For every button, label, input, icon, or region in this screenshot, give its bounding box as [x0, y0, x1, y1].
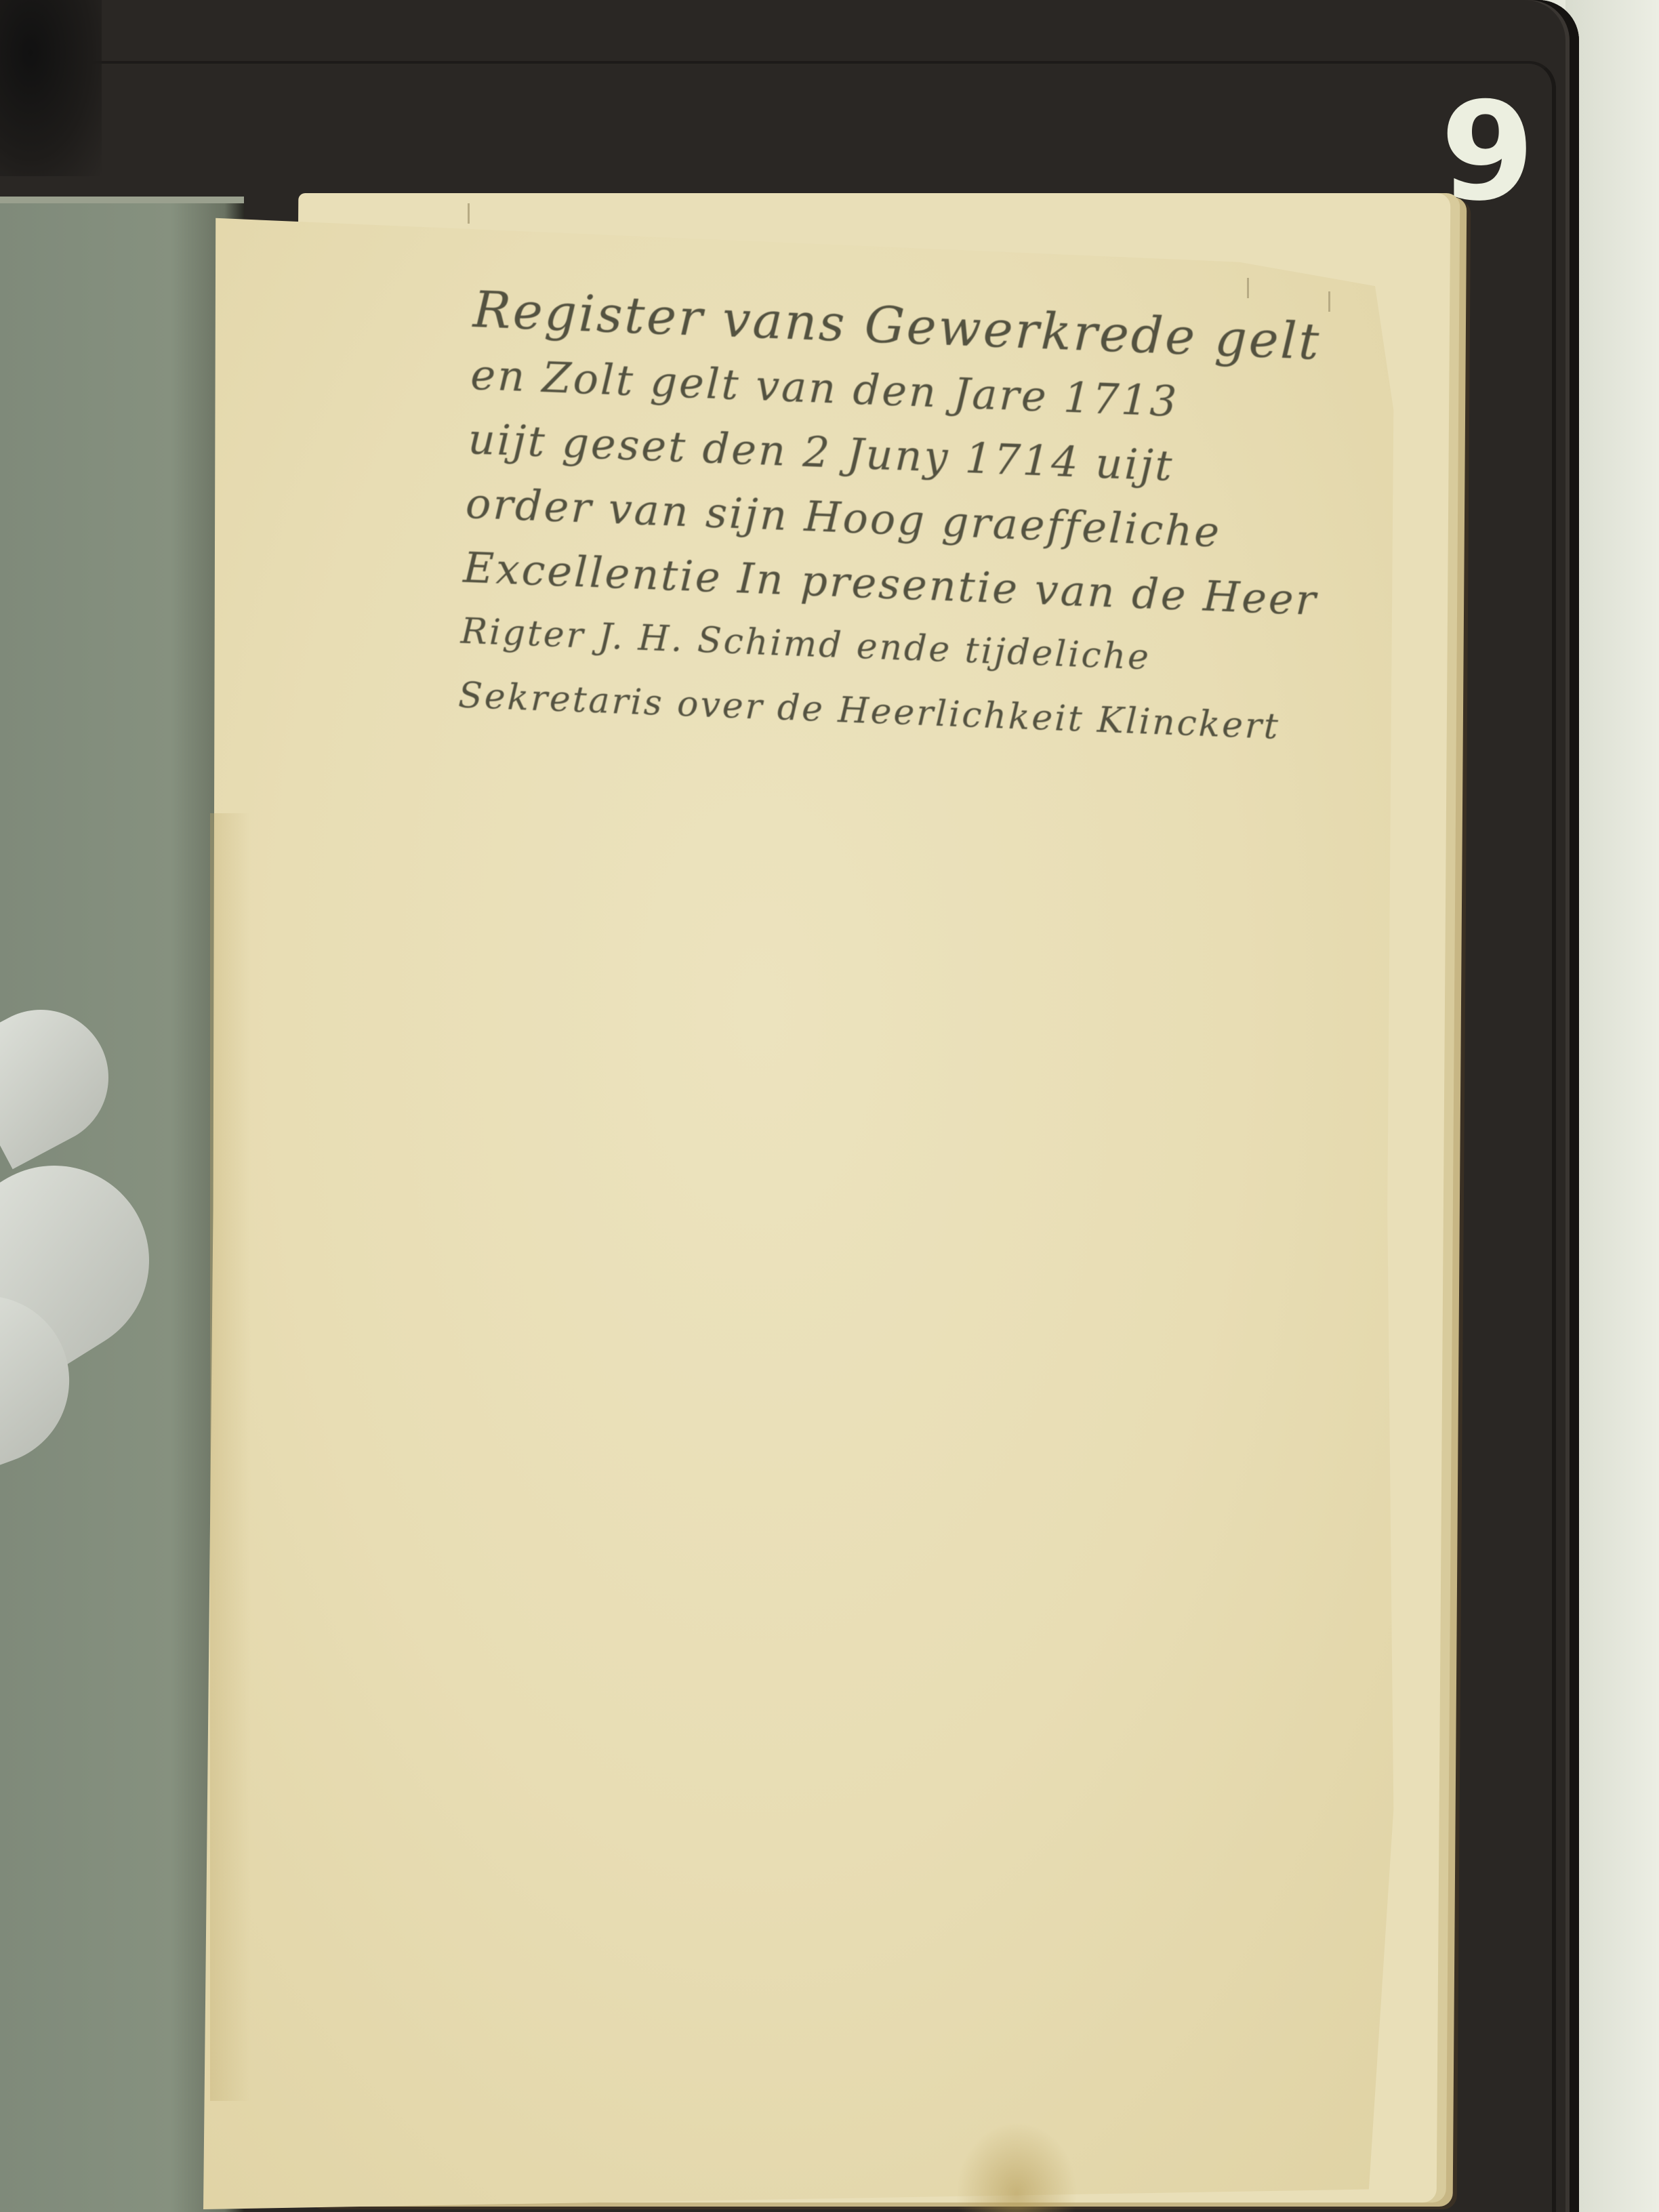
page-edge-mark — [1247, 278, 1249, 298]
handwritten-text-block: Register vans Gewerkrede gelt en Zolt ge… — [457, 278, 1375, 763]
page-edge-mark — [468, 203, 470, 224]
background-wall — [1565, 0, 1659, 2212]
page-edge-discoloration — [210, 813, 251, 2101]
frame-number-label: 9 — [1433, 85, 1542, 220]
water-stain — [956, 2121, 1078, 2212]
page-edge-mark — [1328, 291, 1330, 312]
board-corner-shadow — [0, 0, 102, 176]
